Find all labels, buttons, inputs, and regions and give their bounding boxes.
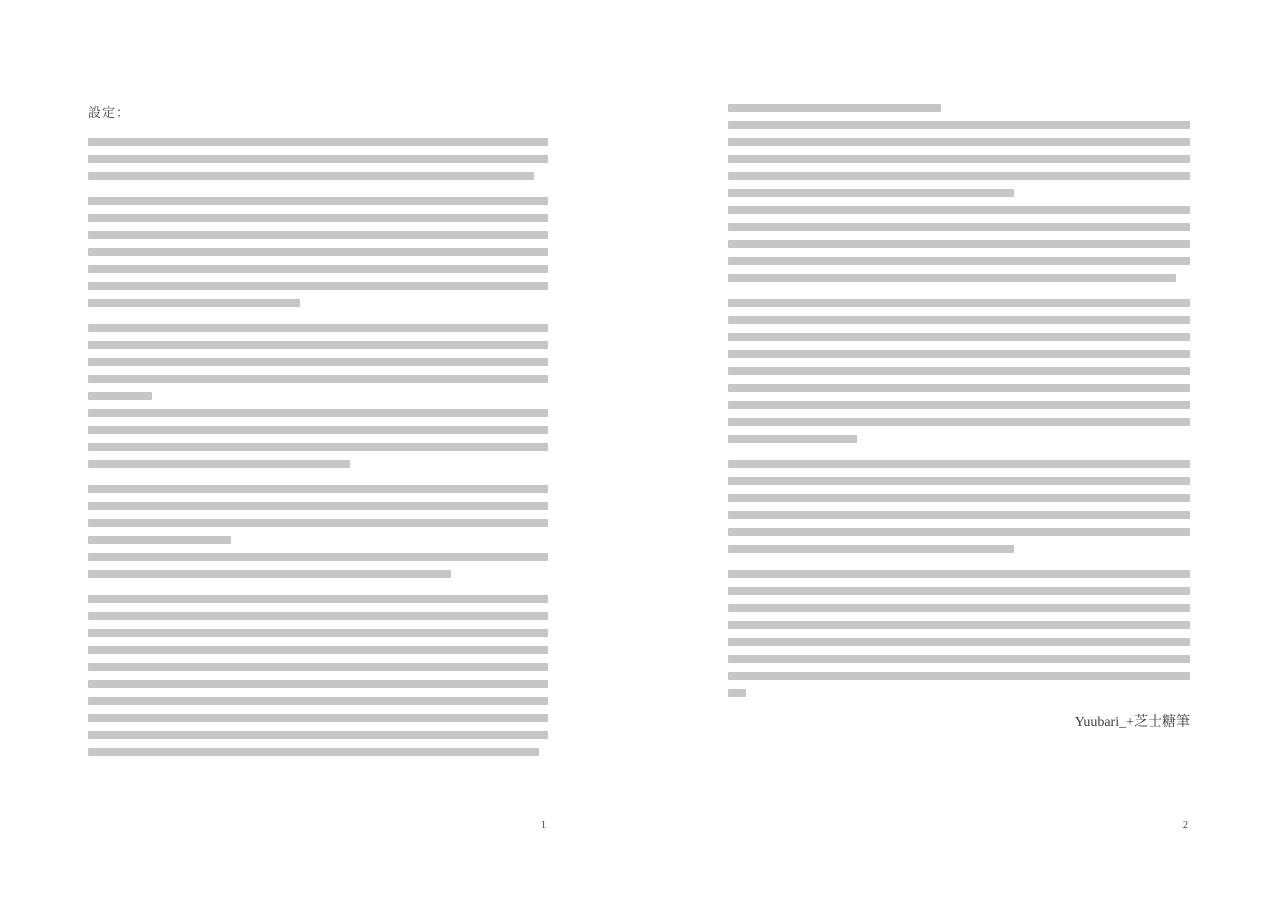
redacted-text-line [728,477,1190,485]
redacted-text-line [728,333,1190,341]
redacted-text-line [88,138,548,146]
redacted-paragraph [88,197,548,307]
redacted-text-line [88,714,548,722]
redacted-text-line [728,206,1190,214]
redacted-paragraph [728,206,1190,282]
redacted-text-line [88,214,548,222]
redacted-text-line [88,282,548,290]
redacted-text-line [88,663,548,671]
redacted-text-line [88,409,548,417]
redacted-text-line [88,460,350,468]
redacted-text-line [88,629,548,637]
redacted-text-line [728,223,1190,231]
redacted-text-line [728,155,1190,163]
redacted-text-line [88,519,548,527]
redacted-text-line [88,646,548,654]
redacted-text-line [728,528,1190,536]
redacted-text-line [728,545,1014,553]
redacted-text-line [88,570,451,578]
redacted-text-line [728,257,1190,265]
redacted-text-line [88,172,534,180]
redacted-text-line [728,672,1190,680]
redacted-paragraph [88,138,548,180]
redacted-text-line [728,587,1190,595]
redacted-text-line [88,680,548,688]
redacted-text-line [728,104,941,112]
redacted-text-line [728,121,1190,129]
redacted-text-line [88,392,152,400]
redacted-paragraph [728,460,1190,553]
redacted-paragraph [88,324,548,400]
redacted-text-line [728,460,1190,468]
redacted-text-line [88,748,539,756]
redacted-paragraph [88,485,548,544]
redacted-text-line [88,595,548,603]
redacted-text-line [728,172,1190,180]
redacted-text-line [88,426,548,434]
page-2-number: 2 [728,820,1188,831]
redacted-text-line [728,367,1190,375]
redacted-text-line [88,197,548,205]
redacted-text-line [728,240,1190,248]
redacted-text-line [88,697,548,705]
redacted-text-line [728,418,1190,426]
redacted-text-line [728,511,1190,519]
page-1: 設定： 1 [0,0,640,905]
section-heading: 設定： [88,104,548,121]
redacted-text-line [88,612,548,620]
redacted-paragraph [728,299,1190,443]
redacted-text-line [728,138,1190,146]
redacted-text-line [88,231,548,239]
redacted-paragraph [88,595,548,756]
redacted-paragraph [728,570,1190,697]
redacted-text-line [88,155,548,163]
redacted-text-line [88,358,548,366]
redacted-text-line [728,655,1190,663]
redacted-text-line [728,299,1190,307]
page-1-number: 1 [88,820,546,831]
page-2: Yuubari_+芝士糖筆 2 [640,0,1280,905]
redacted-text-line [88,375,548,383]
redacted-paragraph [88,409,548,468]
redacted-text-line [728,384,1190,392]
author-signature: Yuubari_+芝士糖筆 [728,714,1190,731]
redacted-text-line [728,621,1190,629]
redacted-text-line [88,485,548,493]
redacted-text-line [88,502,548,510]
page-1-text-column: 設定： [88,104,548,765]
redacted-paragraph [88,553,548,578]
redacted-paragraph [728,104,1190,112]
redacted-text-line [728,570,1190,578]
redacted-text-line [728,401,1190,409]
redacted-text-line [728,604,1190,612]
page-2-text-column: Yuubari_+芝士糖筆 [728,104,1190,731]
redacted-text-line [88,324,548,332]
redacted-text-line [728,494,1190,502]
redacted-text-line [88,265,548,273]
redacted-text-line [88,299,300,307]
redacted-text-line [728,689,746,697]
document-spread: 設定： 1 Yuubari_+芝士糖筆 2 [0,0,1280,905]
redacted-text-line [88,553,548,561]
redacted-text-line [88,536,231,544]
redacted-paragraph [728,121,1190,197]
redacted-text-line [88,248,548,256]
redacted-text-line [88,443,548,451]
redacted-text-line [728,435,857,443]
redacted-text-line [728,316,1190,324]
redacted-text-line [88,731,548,739]
redacted-text-line [88,341,548,349]
redacted-text-line [728,350,1190,358]
redacted-text-line [728,189,1014,197]
redacted-text-line [728,638,1190,646]
redacted-text-line [728,274,1176,282]
